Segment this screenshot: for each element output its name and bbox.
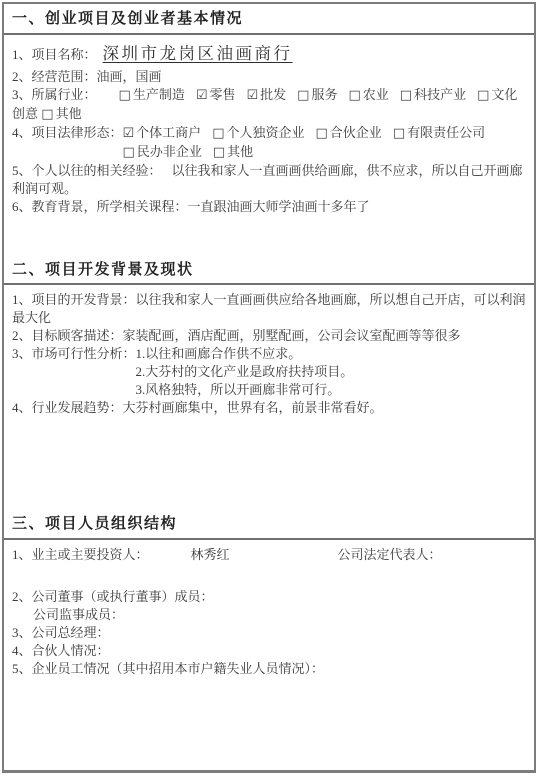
checkbox-unchecked-icon: □ [123,145,135,160]
supervisors-label: 公司监事成员： [12,606,526,624]
option-label: 个体工商户 [136,125,201,140]
option-label: 科技产业 [414,87,466,102]
business-plan-form: 一、创业项目及创业者基本情况 1、项目名称：深圳市龙岗区油画商行 2、经营范围：… [2,2,536,773]
market-feasibility-line: 3.风格独特，所以开画廊非常可行。 [136,381,354,399]
legal-form-option: □其他 [213,144,253,159]
checkbox-unchecked-icon: □ [297,88,309,103]
option-label: 农业 [363,87,389,102]
experience-label: 5、个人以往的相关经验： [12,163,162,178]
employees-label: 5、企业员工情况（其中招用本市户籍失业人员情况）： [12,661,324,676]
dev-background-label: 1、项目的开发背景： [12,292,136,307]
industry-trend-label: 4、行业发展趋势： [12,400,123,415]
project-name-label: 1、项目名称： [12,47,97,62]
checkbox-unchecked-icon: □ [212,126,224,141]
checkbox-checked-icon: ☑ [123,126,135,141]
option-label: 合伙企业 [330,125,382,140]
field-employees: 5、企业员工情况（其中招用本市户籍失业人员情况）： [12,660,526,678]
industry-option: □生产制造 [119,87,185,102]
checkbox-unchecked-icon: □ [477,88,489,103]
option-label: 生产制造 [133,87,185,102]
section-1-title: 一、创业项目及创业者基本情况 [12,11,243,27]
market-feasibility-line: 1.以往和画廊合作供不应求。 [136,345,354,363]
field-legal-form: 4、项目法律形态： ☑个体工商户□个人独资企业□合伙企业□有限责任公司□民办非企… [12,124,526,162]
field-education: 6、教育背景，所学相关课程：一直跟油画大师学油画十多年了 [12,198,526,216]
option-label: 零售 [209,87,235,102]
field-market-feasibility: 3、市场可行性分析： 1.以往和画廊合作供不应求。 2.大芬村的文化产业是政府扶… [12,345,526,399]
industry-option: □科技产业 [400,87,466,102]
education-label: 6、教育背景，所学相关课程： [12,199,188,214]
checkbox-checked-icon: ☑ [247,88,259,103]
industry-option: ☑批发 [247,87,287,102]
field-business-scope: 2、经营范围：油画，国画 [12,68,526,86]
legal-form-options: ☑个体工商户□个人独资企业□合伙企业□有限责任公司□民办非企业□其他 [123,124,526,162]
section-1-body: 1、项目名称：深圳市龙岗区油画商行 2、经营范围：油画，国画 3、所属行业：□生… [4,35,534,255]
industry-option: ☑零售 [196,87,236,102]
legal-form-option: □民办非企业 [123,144,202,159]
project-name-value: 深圳市龙岗区油画商行 [103,44,293,63]
option-label: 民办非企业 [137,144,202,159]
directors-label: 2、公司董事（或执行董事）成员： [12,588,526,606]
industry-label: 3、所属行业： [12,87,97,102]
industry-option: □农业 [348,87,388,102]
field-owner-investor: 1、业主或主要投资人： 林秀红 公司法定代表人： [12,546,526,564]
legal-form-option: □合伙企业 [316,125,382,140]
legal-representative-label: 公司法定代表人： [338,546,442,564]
target-customers-value: 家装配画，酒店配画，别墅配画，公司会议室配画等等很多 [123,328,461,343]
industry-trend-value: 大芬村画廊集中，世界有名，前景非常看好。 [123,400,383,415]
checkbox-unchecked-icon: □ [400,88,412,103]
legal-form-option: ☑个体工商户 [123,125,202,140]
field-dev-background: 1、项目的开发背景：以往我和家人一直画画供应给各地画廊，所以想自己开店，可以利润… [12,291,526,327]
market-feasibility-line: 2.大芬村的文化产业是政府扶持项目。 [136,363,354,381]
owner-investor-value: 林秀红 [191,546,230,564]
education-value: 一直跟油画大师学油画十多年了 [188,199,370,214]
field-directors: 2、公司董事（或执行董事）成员： 公司监事成员： [12,588,526,624]
section-3-header: 三、项目人员组织结构 [4,506,534,540]
field-industry: 3、所属行业：□生产制造☑零售☑批发□服务□农业□科技产业□文化创意 □其他 [12,86,526,124]
field-project-name: 1、项目名称：深圳市龙岗区油画商行 [12,41,526,68]
field-experience: 5、个人以往的相关经验：以往我和家人一直画画供给画廊，供不应求，所以自己开画廊利… [12,162,526,198]
business-scope-value: 油画，国画 [97,69,162,84]
checkbox-unchecked-icon: □ [316,126,328,141]
business-scope-label: 2、经营范围： [12,69,97,84]
option-label: 其他 [227,144,253,159]
legal-form-label: 4、项目法律形态： [12,124,123,142]
checkbox-unchecked-icon: □ [213,145,225,160]
section-2-header: 二、项目开发背景及现状 [4,255,534,285]
checkbox-unchecked-icon: □ [119,88,131,103]
general-manager-label: 3、公司总经理： [12,625,110,640]
market-feasibility-label: 3、市场可行性分析： [12,345,136,363]
market-feasibility-lines: 1.以往和画廊合作供不应求。 2.大芬村的文化产业是政府扶持项目。 3.风格独特… [136,345,354,399]
option-label: 服务 [311,87,337,102]
option-label: 个人独资企业 [226,125,304,140]
checkbox-unchecked-icon: □ [348,88,360,103]
industry-option: □其他 [41,106,81,121]
option-label: 其他 [56,106,82,121]
section-2-title: 二、项目开发背景及现状 [12,262,194,278]
section-1-header: 一、创业项目及创业者基本情况 [4,4,534,35]
option-label: 有限责任公司 [407,125,485,140]
target-customers-label: 2、目标顾客描述： [12,328,123,343]
legal-form-option: □有限责任公司 [393,125,485,140]
checkbox-unchecked-icon: □ [393,126,405,141]
section-2-body: 1、项目的开发背景：以往我和家人一直画画供应给各地画廊，所以想自己开店，可以利润… [4,285,534,506]
field-general-manager: 3、公司总经理： [12,624,526,642]
checkbox-unchecked-icon: □ [41,107,53,122]
section-3-title: 三、项目人员组织结构 [12,516,177,532]
partners-label: 4、合伙人情况： [12,643,110,658]
checkbox-checked-icon: ☑ [196,88,208,103]
legal-form-option: □个人独资企业 [212,125,304,140]
section-3-body: 1、业主或主要投资人： 林秀红 公司法定代表人： 2、公司董事（或执行董事）成员… [4,540,534,770]
field-target-customers: 2、目标顾客描述：家装配画，酒店配画，别墅配画，公司会议室配画等等很多 [12,327,526,345]
option-label: 批发 [260,87,286,102]
field-partners: 4、合伙人情况： [12,642,526,660]
industry-option: □服务 [297,87,337,102]
owner-investor-label: 1、业主或主要投资人： [12,546,149,564]
field-industry-trend: 4、行业发展趋势：大芬村画廊集中，世界有名，前景非常看好。 [12,399,526,417]
